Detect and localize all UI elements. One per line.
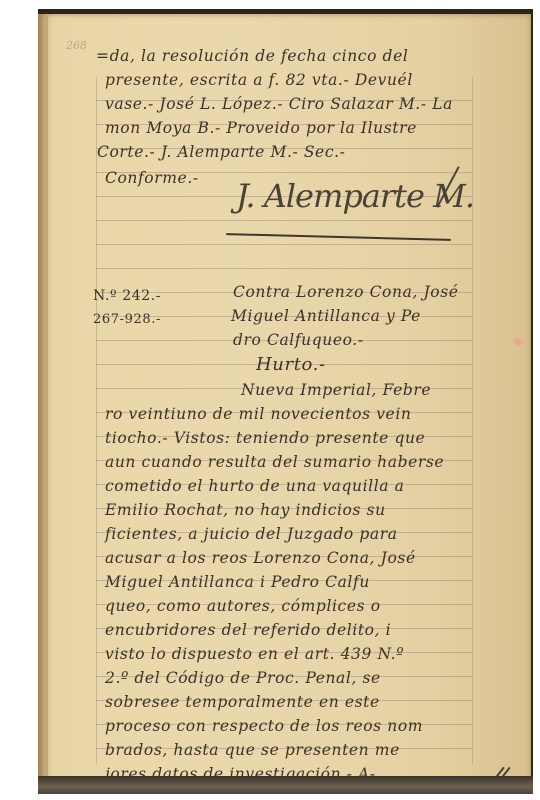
parties-line: Miguel Antillanca y Pe — [231, 304, 421, 328]
folio-mark: 268 — [66, 39, 87, 52]
text-line: =da, la resolución de fecha cinco del — [96, 44, 408, 68]
document-photo: 268 =da, la resolución de fecha cinco de… — [38, 9, 533, 794]
body-line: brados, hasta que se presenten me — [105, 738, 400, 762]
red-light-spot — [515, 340, 522, 344]
body-line: Miguel Antillanca i Pedro Calfu — [105, 570, 370, 594]
body-line: Nueva Imperial, Febre — [241, 378, 431, 402]
body-line: ro veintiuno de mil novecientos vein — [105, 402, 411, 426]
signature: J. Alemparte M. — [236, 177, 474, 215]
body-line: acusar a los reos Lorenzo Cona, José — [105, 546, 416, 570]
text-line: presente, escrita a f. 82 vta.- Devuél — [105, 68, 413, 92]
body-line: visto lo dispuesto en el art. 439 N.º — [105, 642, 404, 666]
text-line: mon Moya B.- Proveido por la Ilustre — [105, 116, 417, 140]
parties-line: dro Calfuqueo.- — [233, 328, 364, 352]
body-line: proceso con respecto de los reos nom — [105, 714, 423, 738]
conforme-text: Conforme.- — [105, 166, 199, 190]
case-file-ref: 267-928.- — [93, 308, 161, 332]
offense-title: Hurto.- — [256, 353, 326, 377]
body-line: queo, como autores, cómplices o — [105, 594, 381, 618]
body-line: 2.º del Código de Proc. Penal, se — [105, 666, 381, 690]
text-line: Corte.- J. Alemparte M.- Sec.- — [97, 140, 345, 164]
body-line: ficientes, a juicio del Juzgado para — [105, 522, 398, 546]
book-bottom-shadow — [38, 776, 533, 794]
body-line: Emilio Rochat, no hay indicios su — [105, 498, 386, 522]
case-number: N.º 242.- — [93, 284, 161, 308]
page-edge — [45, 14, 48, 782]
ledger-page: 268 =da, la resolución de fecha cinco de… — [38, 14, 531, 782]
body-line: sobresee temporalmente en este — [105, 690, 380, 714]
text-line: vase.- José L. López.- Ciro Salazar M.- … — [105, 92, 453, 116]
body-line: tiocho.- Vistos: teniendo presente que — [105, 426, 425, 450]
parties-line: Contra Lorenzo Cona, José — [233, 280, 459, 304]
body-line: aun cuando resulta del sumario haberse — [105, 450, 444, 474]
body-line: encubridores del referido delito, i — [105, 618, 391, 642]
body-line: cometido el hurto de una vaquilla a — [105, 474, 405, 498]
